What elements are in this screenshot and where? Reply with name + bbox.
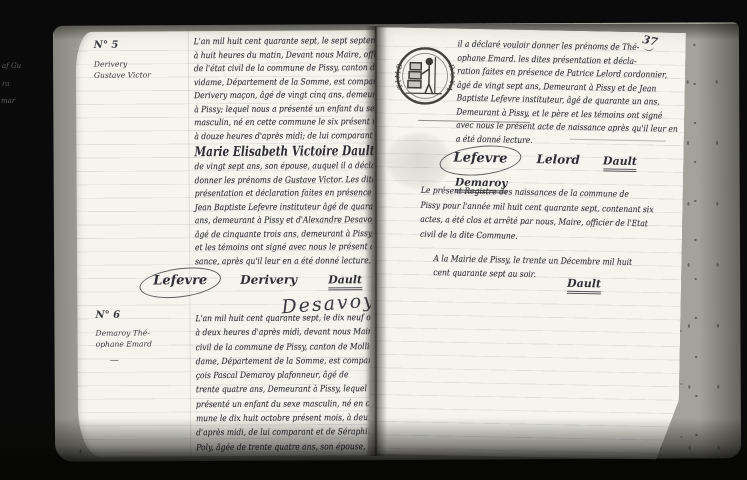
act-name-line: ophane Emard (96, 338, 152, 349)
act-name-line: Gustave Victor (94, 69, 151, 80)
margin-dash: — (110, 355, 152, 365)
signature-dault: Dault (603, 154, 637, 172)
signature-lefevre: Lefevre (139, 270, 221, 294)
scanned-register-photo: af Gu ra mar N° 5 Derivery Gustave Victo… (0, 0, 747, 480)
signature-derivery: Derivery (240, 273, 297, 287)
act6-end-lines: il a déclaré vouloir donner les prénoms … (456, 39, 710, 152)
edge-text-fragment: af Gu (2, 62, 21, 70)
manuscript-line: civil de la dite Commune. (420, 228, 653, 247)
dated-lines: A la Mairie de Pissy, le trente un Décem… (433, 252, 659, 284)
register-right-page: 37 TIMBRE ROYAL (368, 27, 686, 460)
manuscript-line: cent quarante sept au soir. (433, 266, 632, 284)
act5-signature-row: Lefevre Derivery Dault (139, 268, 362, 293)
act-number: N° 6 (95, 309, 151, 320)
signature-lefevre: Lefevre (439, 147, 521, 172)
timbre-royal-stamp: TIMBRE ROYAL (394, 45, 455, 106)
margin-rule-line (188, 31, 192, 456)
edge-text-fragment: mar (1, 97, 15, 105)
act-name-line: Demaroy Thé- (96, 327, 152, 338)
edge-text-fragment: ra (2, 80, 10, 88)
signature-dault: Dault (328, 273, 362, 290)
register-left-page: N° 5 Derivery Gustave Victor L'an mil hu… (76, 30, 378, 457)
register-closing-block: Le présent Registre des naissances de la… (420, 184, 686, 247)
dated-block: A la Mairie de Pissy, le trente un Décem… (433, 252, 659, 284)
act5-margin-note: N° 5 Derivery Gustave Victor (94, 39, 151, 80)
closing-signature-dault: Dault (567, 277, 601, 295)
signature-lelord: Lelord (536, 152, 580, 167)
act-name-line: Derivery (94, 58, 151, 69)
act6-margin-note: N° 6 Demaroy Thé- ophane Emard — (95, 309, 152, 365)
act-number: N° 5 (94, 39, 151, 50)
act6-end-text-block: il a déclaré vouloir donner les prénoms … (456, 39, 710, 152)
closing-lines: Le présent Registre des naissances de la… (420, 184, 686, 247)
